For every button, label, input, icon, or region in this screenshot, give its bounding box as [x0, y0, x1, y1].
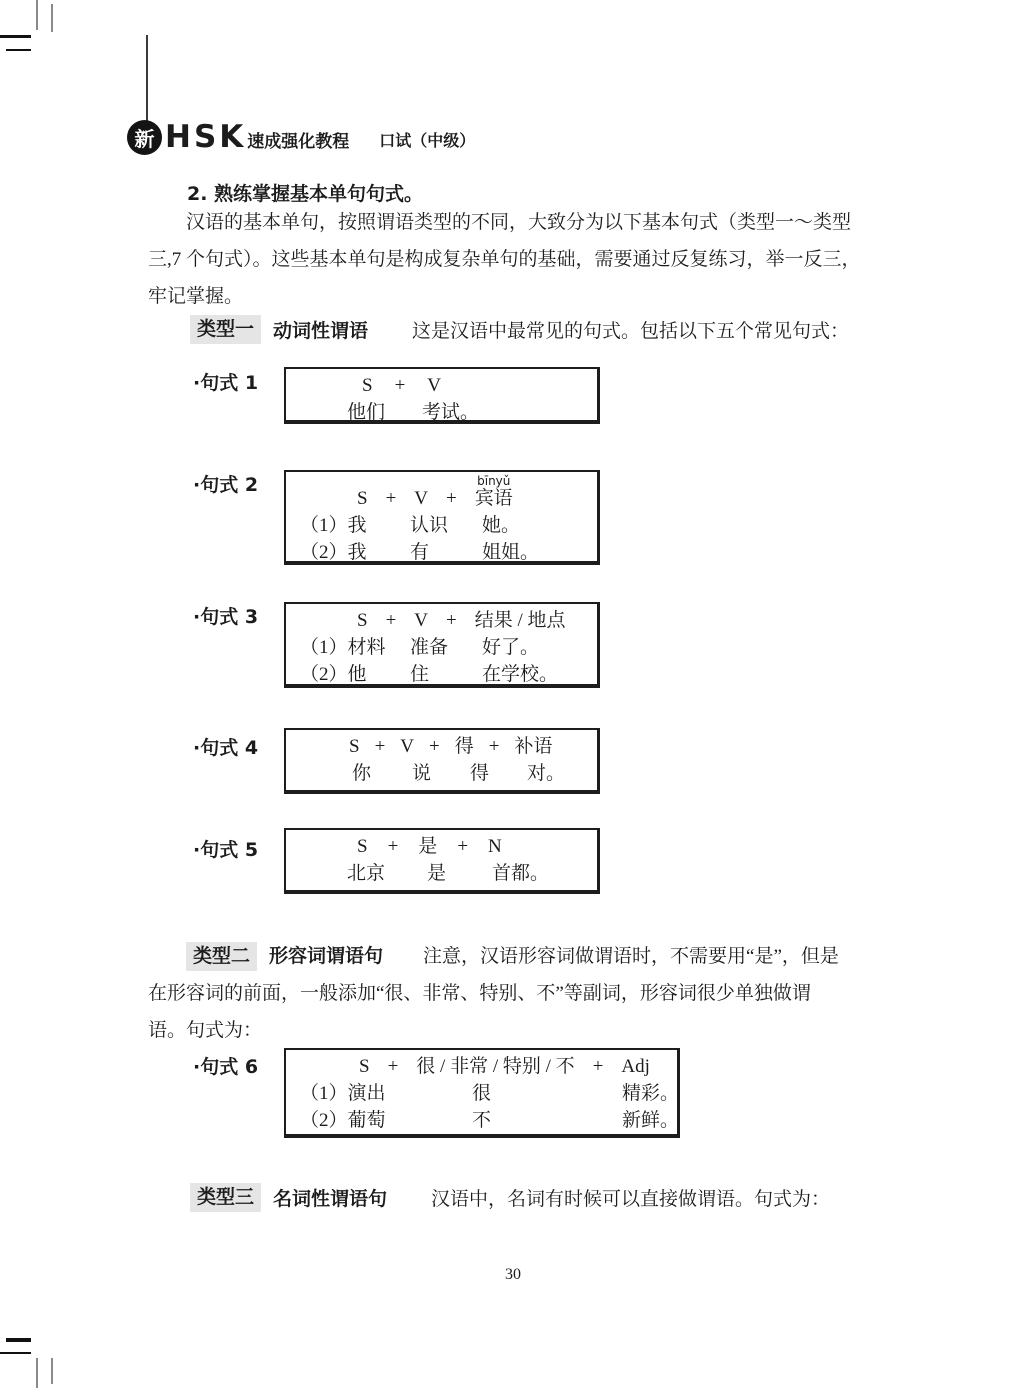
pinyin-annotation: bīnyǔ	[475, 474, 513, 488]
formula-part: V	[414, 607, 428, 634]
crop-mark	[6, 49, 31, 51]
pattern6-label: ·句式 6	[193, 1052, 258, 1079]
pattern2-formula: S + V + 宾语bīnyǔ	[286, 475, 597, 512]
example-cell: 认识	[410, 512, 482, 539]
type2-name: 形容词谓语句	[269, 938, 383, 975]
formula-part: S	[349, 733, 360, 760]
formula-part: 得	[455, 733, 474, 760]
pattern5-box: S + 是 + N 北京 是 首都。	[284, 828, 600, 894]
pattern4-box: S + V + 得 + 补语 你 说 得 对。	[284, 728, 600, 794]
book-subtitle: 口试（中级）	[379, 128, 475, 151]
formula-part: V	[427, 372, 441, 399]
page-number: 30	[0, 1266, 1026, 1284]
example-cell: （2）葡萄	[300, 1107, 472, 1134]
page-header: 新 HSK 速成强化教程 口试（中级）	[127, 120, 475, 155]
formula-part: V	[400, 733, 414, 760]
example-cell: （1）材料	[300, 634, 410, 661]
pattern3-example: （2）他 住 在学校。	[286, 661, 597, 688]
example-cell: （1）我	[300, 512, 410, 539]
type2-desc-line: 语。句式为：	[148, 1012, 888, 1049]
textbook-page: 新 HSK 速成强化教程 口试（中级） 2. 熟练掌握基本单句句式。 汉语的基本…	[0, 0, 1026, 1400]
type3-chip: 类型三	[190, 1183, 261, 1212]
example-cell: 姐姐。	[482, 539, 597, 566]
crop-mark	[6, 1338, 31, 1342]
plus-sign: +	[388, 1053, 399, 1080]
example-cell: 是	[427, 860, 492, 887]
formula-part: S	[357, 607, 368, 634]
pattern4-formula: S + V + 得 + 补语	[286, 733, 597, 760]
formula-part: 补语	[514, 733, 552, 760]
plus-sign: +	[446, 485, 457, 512]
header-vertical-rule	[146, 35, 148, 124]
formula-part-with-pinyin: 宾语bīnyǔ	[475, 475, 513, 512]
crop-mark	[0, 1352, 31, 1354]
brand-title: HSK	[165, 122, 246, 153]
pattern6-formula: S + 很 / 非常 / 特别 / 不 + Adj	[286, 1053, 677, 1080]
series-title: 速成强化教程	[247, 127, 349, 152]
plus-sign: +	[593, 1053, 604, 1080]
formula-part: 是	[418, 833, 437, 860]
plus-sign: +	[388, 833, 399, 860]
pattern3-formula: S + V + 结果 / 地点	[286, 607, 597, 634]
example-cell: 她。	[482, 512, 597, 539]
plus-sign: +	[429, 733, 440, 760]
example-cell: 住	[410, 661, 482, 688]
example-cell: 对。	[527, 760, 597, 787]
plus-sign: +	[446, 607, 457, 634]
example-cell: （2）他	[300, 661, 410, 688]
example-cell: 精彩。	[622, 1080, 679, 1107]
type2-desc-line: 注意，汉语形容词做谓语时，不需要用“是”，但是	[423, 938, 839, 975]
type2-block: 类型二 形容词谓语句 注意，汉语形容词做谓语时，不需要用“是”，但是 在形容词的…	[148, 938, 888, 1049]
pattern3-label: ·句式 3	[193, 602, 258, 629]
example-cell: 首都。	[492, 860, 597, 887]
example-cell: 新鲜。	[622, 1107, 679, 1134]
pattern6-box: S + 很 / 非常 / 特别 / 不 + Adj （1）演出 很 精彩。 （2…	[284, 1048, 680, 1138]
pattern2-example: （1）我 认识 她。	[286, 512, 597, 539]
formula-part: V	[414, 485, 428, 512]
formula-part: S	[359, 1053, 370, 1080]
plus-sign: +	[489, 733, 500, 760]
plus-sign: +	[395, 372, 406, 399]
plus-sign: +	[457, 833, 468, 860]
pattern2-example: （2）我 有 姐姐。	[286, 539, 597, 566]
crop-mark	[51, 1358, 53, 1384]
pattern5-label: ·句式 5	[193, 835, 258, 862]
plus-sign: +	[386, 607, 397, 634]
example-cell: 不	[472, 1107, 622, 1134]
type3-row: 类型三 名词性谓语句 汉语中，名词有时候可以直接做谓语。句式为：	[190, 1183, 830, 1212]
formula-part: 宾语	[475, 488, 513, 509]
crop-mark	[36, 0, 38, 30]
example-cell: 得	[470, 760, 527, 787]
pattern3-example: （1）材料 准备 好了。	[286, 634, 597, 661]
example-cell: 很	[472, 1080, 622, 1107]
intro-paragraph: 汉语的基本单句，按照谓语类型的不同，大致分为以下基本句式（类型一～类型 三,7 …	[148, 204, 884, 315]
formula-part: 结果 / 地点	[475, 607, 566, 634]
type2-row: 类型二 形容词谓语句 注意，汉语形容词做谓语时，不需要用“是”，但是	[148, 938, 888, 975]
pattern1-box: S + V 他们 考试。	[284, 367, 600, 424]
pattern1-example: 他们 考试。	[286, 399, 597, 426]
example-cell: 你	[352, 760, 412, 787]
type3-name: 名词性谓语句	[273, 1184, 387, 1211]
plus-sign: +	[375, 733, 386, 760]
example-cell: 北京	[347, 860, 427, 887]
pattern6-example: （2）葡萄 不 新鲜。	[286, 1107, 677, 1134]
intro-line: 三,7 个句式）。这些基本单句是构成复杂单句的基础，需要通过反复练习，举一反三，	[148, 241, 884, 278]
pattern2-label: ·句式 2	[193, 470, 258, 497]
formula-part: Adj	[621, 1053, 650, 1080]
xin-logo-icon: 新	[127, 120, 162, 155]
intro-line: 牢记掌握。	[148, 278, 884, 315]
example-cell: 说	[412, 760, 470, 787]
example-cell: 好了。	[482, 634, 597, 661]
type3-desc: 汉语中，名词有时候可以直接做谓语。句式为：	[431, 1184, 830, 1211]
intro-line: 汉语的基本单句，按照谓语类型的不同，大致分为以下基本句式（类型一～类型	[148, 204, 884, 241]
type2-chip: 类型二	[186, 942, 257, 971]
example-cell: 在学校。	[482, 661, 597, 688]
crop-mark	[36, 1358, 38, 1388]
type1-name: 动词性谓语	[273, 316, 368, 343]
crop-mark	[0, 35, 31, 38]
type1-row: 类型一 动词性谓语 这是汉语中最常见的句式。包括以下五个常见句式：	[190, 315, 849, 344]
pattern1-label: ·句式 1	[193, 368, 258, 395]
type1-desc: 这是汉语中最常见的句式。包括以下五个常见句式：	[412, 316, 849, 343]
formula-part: S	[357, 485, 368, 512]
pattern3-box: S + V + 结果 / 地点 （1）材料 准备 好了。 （2）他 住 在学校。	[284, 602, 600, 688]
example-cell: （2）我	[300, 539, 410, 566]
example-cell: 考试。	[422, 399, 597, 426]
section-heading: 2. 熟练掌握基本单句句式。	[187, 179, 423, 206]
formula-part: 很 / 非常 / 特别 / 不	[416, 1053, 574, 1080]
pattern2-box: S + V + 宾语bīnyǔ （1）我 认识 她。 （2）我 有 姐姐。	[284, 470, 600, 565]
pattern4-example: 你 说 得 对。	[286, 760, 597, 787]
type2-desc-line: 在形容词的前面，一般添加“很、非常、特别、不”等副词，形容词很少单独做谓	[148, 975, 888, 1012]
type1-chip: 类型一	[190, 315, 261, 344]
pattern1-formula: S + V	[286, 372, 597, 399]
example-cell: （1）演出	[300, 1080, 472, 1107]
pattern6-example: （1）演出 很 精彩。	[286, 1080, 677, 1107]
example-cell: 他们	[347, 399, 422, 426]
pattern5-example: 北京 是 首都。	[286, 860, 597, 887]
plus-sign: +	[386, 485, 397, 512]
formula-part: S	[357, 833, 368, 860]
example-cell: 准备	[410, 634, 482, 661]
formula-part: N	[488, 833, 502, 860]
pattern5-formula: S + 是 + N	[286, 833, 597, 860]
example-cell: 有	[410, 539, 482, 566]
pattern4-label: ·句式 4	[193, 733, 258, 760]
crop-mark	[51, 4, 53, 32]
formula-part: S	[362, 372, 373, 399]
